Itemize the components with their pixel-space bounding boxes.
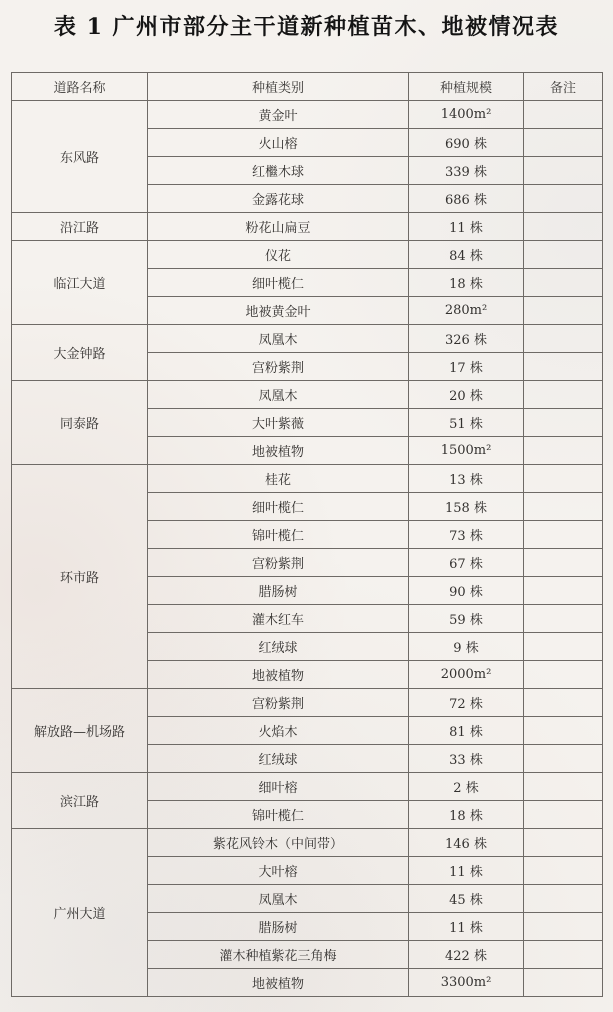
category-cell: 宫粉紫荆 bbox=[148, 353, 409, 381]
scale-cell: 18 株 bbox=[409, 801, 524, 829]
table-row: 沿江路粉花山扁豆11 株 bbox=[12, 213, 603, 241]
remark-cell bbox=[524, 829, 603, 857]
category-cell: 地被植物 bbox=[148, 437, 409, 465]
category-cell: 紫花风铃木（中间带） bbox=[148, 829, 409, 857]
road-name-cell: 环市路 bbox=[12, 465, 148, 689]
column-header-planting-category: 种植类别 bbox=[148, 73, 409, 101]
category-cell: 大叶榕 bbox=[148, 857, 409, 885]
category-cell: 红檵木球 bbox=[148, 157, 409, 185]
table-row: 广州大道紫花风铃木（中间带）146 株 bbox=[12, 829, 603, 857]
remark-cell bbox=[524, 297, 603, 325]
scale-cell: 13 株 bbox=[409, 465, 524, 493]
scale-cell: 11 株 bbox=[409, 857, 524, 885]
remark-cell bbox=[524, 857, 603, 885]
category-cell: 金露花球 bbox=[148, 185, 409, 213]
category-cell: 凤凰木 bbox=[148, 885, 409, 913]
remark-cell bbox=[524, 661, 603, 689]
scale-cell: 17 株 bbox=[409, 353, 524, 381]
column-header-remark: 备注 bbox=[524, 73, 603, 101]
remark-cell bbox=[524, 213, 603, 241]
scale-cell: 72 株 bbox=[409, 689, 524, 717]
remark-cell bbox=[524, 633, 603, 661]
scale-cell: 73 株 bbox=[409, 521, 524, 549]
scale-cell: 20 株 bbox=[409, 381, 524, 409]
remark-cell bbox=[524, 717, 603, 745]
remark-cell bbox=[524, 745, 603, 773]
category-cell: 黄金叶 bbox=[148, 101, 409, 129]
remark-cell bbox=[524, 409, 603, 437]
category-cell: 腊肠树 bbox=[148, 577, 409, 605]
remark-cell bbox=[524, 577, 603, 605]
category-cell: 锦叶榄仁 bbox=[148, 801, 409, 829]
table-row: 解放路—机场路宫粉紫荆72 株 bbox=[12, 689, 603, 717]
category-cell: 火焰木 bbox=[148, 717, 409, 745]
scale-cell: 690 株 bbox=[409, 129, 524, 157]
scale-cell: 84 株 bbox=[409, 241, 524, 269]
remark-cell bbox=[524, 325, 603, 353]
remark-cell bbox=[524, 493, 603, 521]
column-header-road-name: 道路名称 bbox=[12, 73, 148, 101]
scale-cell: 326 株 bbox=[409, 325, 524, 353]
road-name-cell: 东风路 bbox=[12, 101, 148, 213]
remark-cell bbox=[524, 381, 603, 409]
category-cell: 宫粉紫荆 bbox=[148, 549, 409, 577]
scale-cell: 90 株 bbox=[409, 577, 524, 605]
scale-cell: 11 株 bbox=[409, 213, 524, 241]
category-cell: 地被黄金叶 bbox=[148, 297, 409, 325]
scale-cell: 2 株 bbox=[409, 773, 524, 801]
category-cell: 地被植物 bbox=[148, 661, 409, 689]
table-row: 东风路黄金叶1400m² bbox=[12, 101, 603, 129]
remark-cell bbox=[524, 605, 603, 633]
remark-cell bbox=[524, 465, 603, 493]
scale-cell: 11 株 bbox=[409, 913, 524, 941]
category-cell: 灌木红车 bbox=[148, 605, 409, 633]
remark-cell bbox=[524, 913, 603, 941]
scale-cell: 9 株 bbox=[409, 633, 524, 661]
road-name-cell: 临江大道 bbox=[12, 241, 148, 325]
remark-cell bbox=[524, 941, 603, 969]
remark-cell bbox=[524, 885, 603, 913]
remark-cell bbox=[524, 437, 603, 465]
table-header-row: 道路名称 种植类别 种植规模 备注 bbox=[12, 73, 603, 101]
page-title: 表 1 广州市部分主干道新种植苗木、地被情况表 bbox=[0, 10, 613, 41]
remark-cell bbox=[524, 129, 603, 157]
remark-cell bbox=[524, 241, 603, 269]
category-cell: 桂花 bbox=[148, 465, 409, 493]
scale-cell: 158 株 bbox=[409, 493, 524, 521]
category-cell: 凤凰木 bbox=[148, 325, 409, 353]
category-cell: 细叶榄仁 bbox=[148, 493, 409, 521]
remark-cell bbox=[524, 689, 603, 717]
category-cell: 细叶榄仁 bbox=[148, 269, 409, 297]
category-cell: 大叶紫薇 bbox=[148, 409, 409, 437]
remark-cell bbox=[524, 969, 603, 997]
category-cell: 地被植物 bbox=[148, 969, 409, 997]
scale-cell: 18 株 bbox=[409, 269, 524, 297]
category-cell: 红绒球 bbox=[148, 745, 409, 773]
scale-cell: 1500m² bbox=[409, 437, 524, 465]
category-cell: 灌木种植紫花三角梅 bbox=[148, 941, 409, 969]
scale-cell: 686 株 bbox=[409, 185, 524, 213]
planting-table: 道路名称 种植类别 种植规模 备注 东风路黄金叶1400m²火山榕690 株红檵… bbox=[11, 72, 603, 997]
category-cell: 粉花山扁豆 bbox=[148, 213, 409, 241]
remark-cell bbox=[524, 185, 603, 213]
remark-cell bbox=[524, 101, 603, 129]
remark-cell bbox=[524, 353, 603, 381]
scale-cell: 2000m² bbox=[409, 661, 524, 689]
remark-cell bbox=[524, 521, 603, 549]
category-cell: 红绒球 bbox=[148, 633, 409, 661]
table-row: 滨江路细叶榕2 株 bbox=[12, 773, 603, 801]
remark-cell bbox=[524, 269, 603, 297]
scale-cell: 280m² bbox=[409, 297, 524, 325]
category-cell: 火山榕 bbox=[148, 129, 409, 157]
scale-cell: 1400m² bbox=[409, 101, 524, 129]
scale-cell: 339 株 bbox=[409, 157, 524, 185]
scale-cell: 422 株 bbox=[409, 941, 524, 969]
road-name-cell: 同泰路 bbox=[12, 381, 148, 465]
category-cell: 锦叶榄仁 bbox=[148, 521, 409, 549]
category-cell: 腊肠树 bbox=[148, 913, 409, 941]
table-row: 临江大道仪花84 株 bbox=[12, 241, 603, 269]
table-row: 环市路桂花13 株 bbox=[12, 465, 603, 493]
remark-cell bbox=[524, 157, 603, 185]
scale-cell: 3300m² bbox=[409, 969, 524, 997]
road-name-cell: 沿江路 bbox=[12, 213, 148, 241]
scale-cell: 59 株 bbox=[409, 605, 524, 633]
road-name-cell: 解放路—机场路 bbox=[12, 689, 148, 773]
scale-cell: 67 株 bbox=[409, 549, 524, 577]
table-row: 大金钟路凤凰木326 株 bbox=[12, 325, 603, 353]
remark-cell bbox=[524, 801, 603, 829]
scale-cell: 146 株 bbox=[409, 829, 524, 857]
scale-cell: 51 株 bbox=[409, 409, 524, 437]
road-name-cell: 广州大道 bbox=[12, 829, 148, 997]
road-name-cell: 滨江路 bbox=[12, 773, 148, 829]
category-cell: 凤凰木 bbox=[148, 381, 409, 409]
table-row: 同泰路凤凰木20 株 bbox=[12, 381, 603, 409]
remark-cell bbox=[524, 549, 603, 577]
category-cell: 仪花 bbox=[148, 241, 409, 269]
column-header-planting-scale: 种植规模 bbox=[409, 73, 524, 101]
category-cell: 细叶榕 bbox=[148, 773, 409, 801]
remark-cell bbox=[524, 773, 603, 801]
scale-cell: 33 株 bbox=[409, 745, 524, 773]
road-name-cell: 大金钟路 bbox=[12, 325, 148, 381]
scale-cell: 81 株 bbox=[409, 717, 524, 745]
category-cell: 宫粉紫荆 bbox=[148, 689, 409, 717]
scale-cell: 45 株 bbox=[409, 885, 524, 913]
planting-table-body: 东风路黄金叶1400m²火山榕690 株红檵木球339 株金露花球686 株沿江… bbox=[12, 101, 603, 997]
